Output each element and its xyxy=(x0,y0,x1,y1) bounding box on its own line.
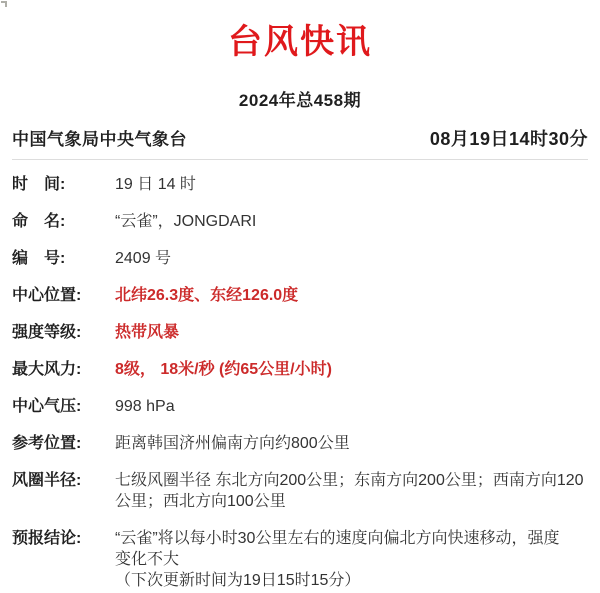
field-row-wind-circle-radius: 风圈半径: 七级风圈半径 东北方向200公里；东南方向200公里；西南方向120… xyxy=(12,470,588,512)
typhoon-bulletin-page: 台风快讯 2024年总458期 中国气象局中央气象台 08月19日14时30分 … xyxy=(0,0,600,593)
field-row-reference-position: 参考位置: 距离韩国济州偏南方向约800公里 xyxy=(12,433,588,454)
field-row-intensity: 强度等级: 热带风暴 xyxy=(12,322,588,343)
field-row-name: 命 名: “云雀”，JONGDARI xyxy=(12,211,588,232)
field-label-intensity: 强度等级: xyxy=(12,322,115,343)
field-row-forecast-conclusion: 预报结论: “云雀”将以每小时30公里左右的速度向偏北方向快速移动，强度 变化不… xyxy=(12,528,588,591)
field-value-intensity: 热带风暴 xyxy=(115,322,588,343)
field-label-center-position: 中心位置: xyxy=(12,285,115,306)
field-value-time: 19 日 14 时 xyxy=(115,174,588,195)
field-row-time: 时 间: 19 日 14 时 xyxy=(12,174,588,195)
field-row-center-position: 中心位置: 北纬26.3度、东经126.0度 xyxy=(12,285,588,306)
field-value-wind-circle-radius: 七级风圈半径 东北方向200公里；东南方向200公里；西南方向120 公里；西北… xyxy=(115,470,588,512)
field-label-reference-position: 参考位置: xyxy=(12,433,115,454)
field-rows: 时 间: 19 日 14 时 命 名: “云雀”，JONGDARI 编 号: 2… xyxy=(12,174,588,591)
field-row-number: 编 号: 2409 号 xyxy=(12,248,588,269)
agency-name: 中国气象局中央气象台 xyxy=(12,125,187,150)
field-value-number: 2409 号 xyxy=(115,248,588,269)
field-row-central-pressure: 中心气压: 998 hPa xyxy=(12,396,588,417)
corner-artifact xyxy=(1,1,7,7)
page-title: 台风快讯 xyxy=(0,0,600,62)
issue-number: 2024年总458期 xyxy=(0,86,600,111)
header-row: 中国气象局中央气象台 08月19日14时30分 xyxy=(12,125,588,160)
field-label-max-wind: 最大风力: xyxy=(12,359,115,380)
field-value-max-wind: 8级， 18米/秒 (约65公里/小时) xyxy=(115,359,588,380)
field-value-central-pressure: 998 hPa xyxy=(115,396,588,417)
field-value-forecast-conclusion: “云雀”将以每小时30公里左右的速度向偏北方向快速移动，强度 变化不大 （下次更… xyxy=(115,528,588,591)
field-label-name: 命 名: xyxy=(12,211,115,232)
field-value-reference-position: 距离韩国济州偏南方向约800公里 xyxy=(115,433,588,454)
field-label-forecast-conclusion: 预报结论: xyxy=(12,528,115,549)
field-value-center-position: 北纬26.3度、东经126.0度 xyxy=(115,285,588,306)
issue-datetime: 08月19日14时30分 xyxy=(430,125,588,151)
field-label-wind-circle-radius: 风圈半径: xyxy=(12,470,115,491)
field-label-time: 时 间: xyxy=(12,174,115,195)
field-label-number: 编 号: xyxy=(12,248,115,269)
field-value-name: “云雀”，JONGDARI xyxy=(115,211,588,232)
field-row-max-wind: 最大风力: 8级， 18米/秒 (约65公里/小时) xyxy=(12,359,588,380)
field-label-central-pressure: 中心气压: xyxy=(12,396,115,417)
